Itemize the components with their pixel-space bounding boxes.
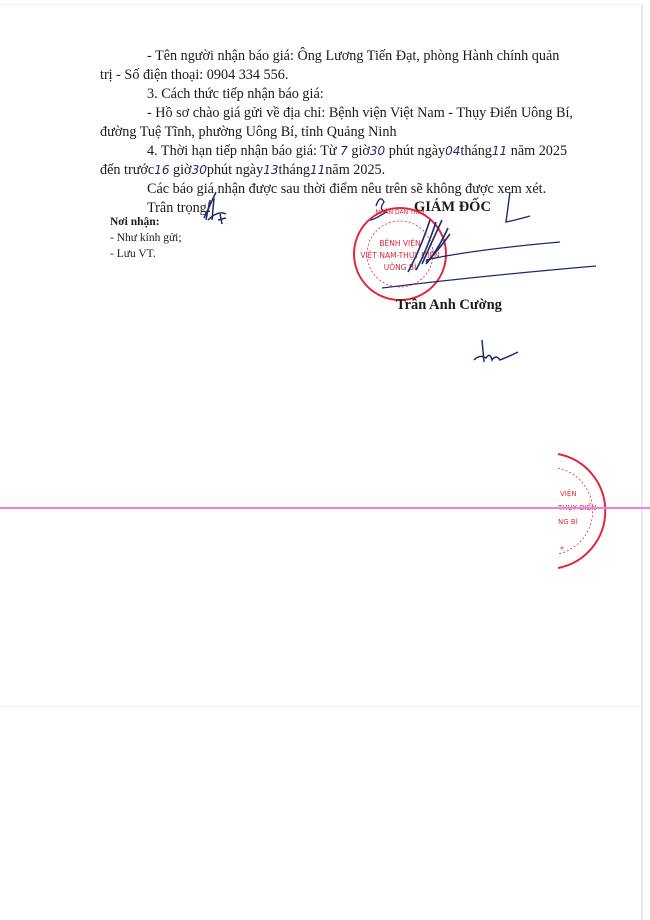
- hour-label: giờ: [173, 162, 192, 178]
- handwritten-hour-end: 16: [154, 163, 169, 177]
- handwritten-minute-start: 30: [370, 144, 385, 158]
- svg-text:*: *: [560, 545, 564, 554]
- handwritten-day-start: 04: [445, 144, 460, 158]
- check-mark-icon: [506, 192, 530, 222]
- initials-signature-icon: [196, 190, 236, 230]
- page-fold-line: [0, 706, 641, 707]
- recipients-heading: Nơi nhận:: [110, 214, 160, 231]
- deadline-label: 4. Thời hạn tiếp nhận báo giá: Từ: [147, 143, 337, 159]
- handwritten-day-end: 13: [263, 163, 278, 177]
- month-label: tháng: [460, 143, 492, 159]
- year-label: năm 2025: [511, 143, 567, 159]
- address-line: - Hồ sơ chào giá gửi về địa chỉ: Bệnh vi…: [147, 105, 573, 122]
- recipient-item: - Lưu VT.: [110, 246, 156, 263]
- handwritten-month-end: 11: [310, 163, 325, 177]
- deadline-line-1: 4. Thời hạn tiếp nhận báo giá: Từ 7 giờ3…: [147, 143, 567, 160]
- side-stamp: VIỆN THỤY ĐIỂN NG BÍ *: [548, 440, 628, 580]
- handwritten-hour-start: 7: [340, 144, 348, 158]
- phone-line: trị - Số điện thoại: 0904 334 556.: [100, 67, 288, 84]
- address-line-2: đường Tuệ Tĩnh, phường Uông Bí, tỉnh Quả…: [100, 124, 397, 141]
- svg-text:VIỆN: VIỆN: [560, 489, 577, 498]
- recipient-item: - Như kính gửi;: [110, 230, 182, 247]
- deadline-line-2: đến trước16 giờ30phút ngày13tháng11năm 2…: [100, 162, 385, 179]
- svg-text:NHÂN DÂN TỈNH: NHÂN DÂN TỈNH: [376, 208, 425, 216]
- year-label: năm 2025.: [325, 162, 385, 178]
- handwritten-month-start: 11: [492, 144, 507, 158]
- recipient-contact-line: - Tên người nhận báo giá: Ông Lương Tiến…: [147, 48, 559, 65]
- guide-line: [0, 507, 650, 509]
- section-3-heading: 3. Cách thức tiếp nhận báo giá:: [147, 86, 324, 103]
- month-label: tháng: [278, 162, 310, 178]
- svg-text:NG BÍ: NG BÍ: [558, 517, 578, 526]
- handwritten-initial-icon: [470, 334, 530, 374]
- signer-name: Trần Anh Cường: [396, 297, 502, 314]
- page-top-edge: [0, 4, 641, 5]
- hour-label: giờ: [351, 143, 370, 159]
- minute-day-label: phút ngày: [207, 162, 263, 178]
- page-right-edge: [641, 4, 643, 920]
- handwritten-minute-end: 30: [192, 163, 207, 177]
- svg-text:BỆNH VIỆN: BỆNH VIỆN: [379, 239, 420, 248]
- before-label: đến trước: [100, 162, 154, 178]
- minute-day-label: phút ngày: [389, 143, 445, 159]
